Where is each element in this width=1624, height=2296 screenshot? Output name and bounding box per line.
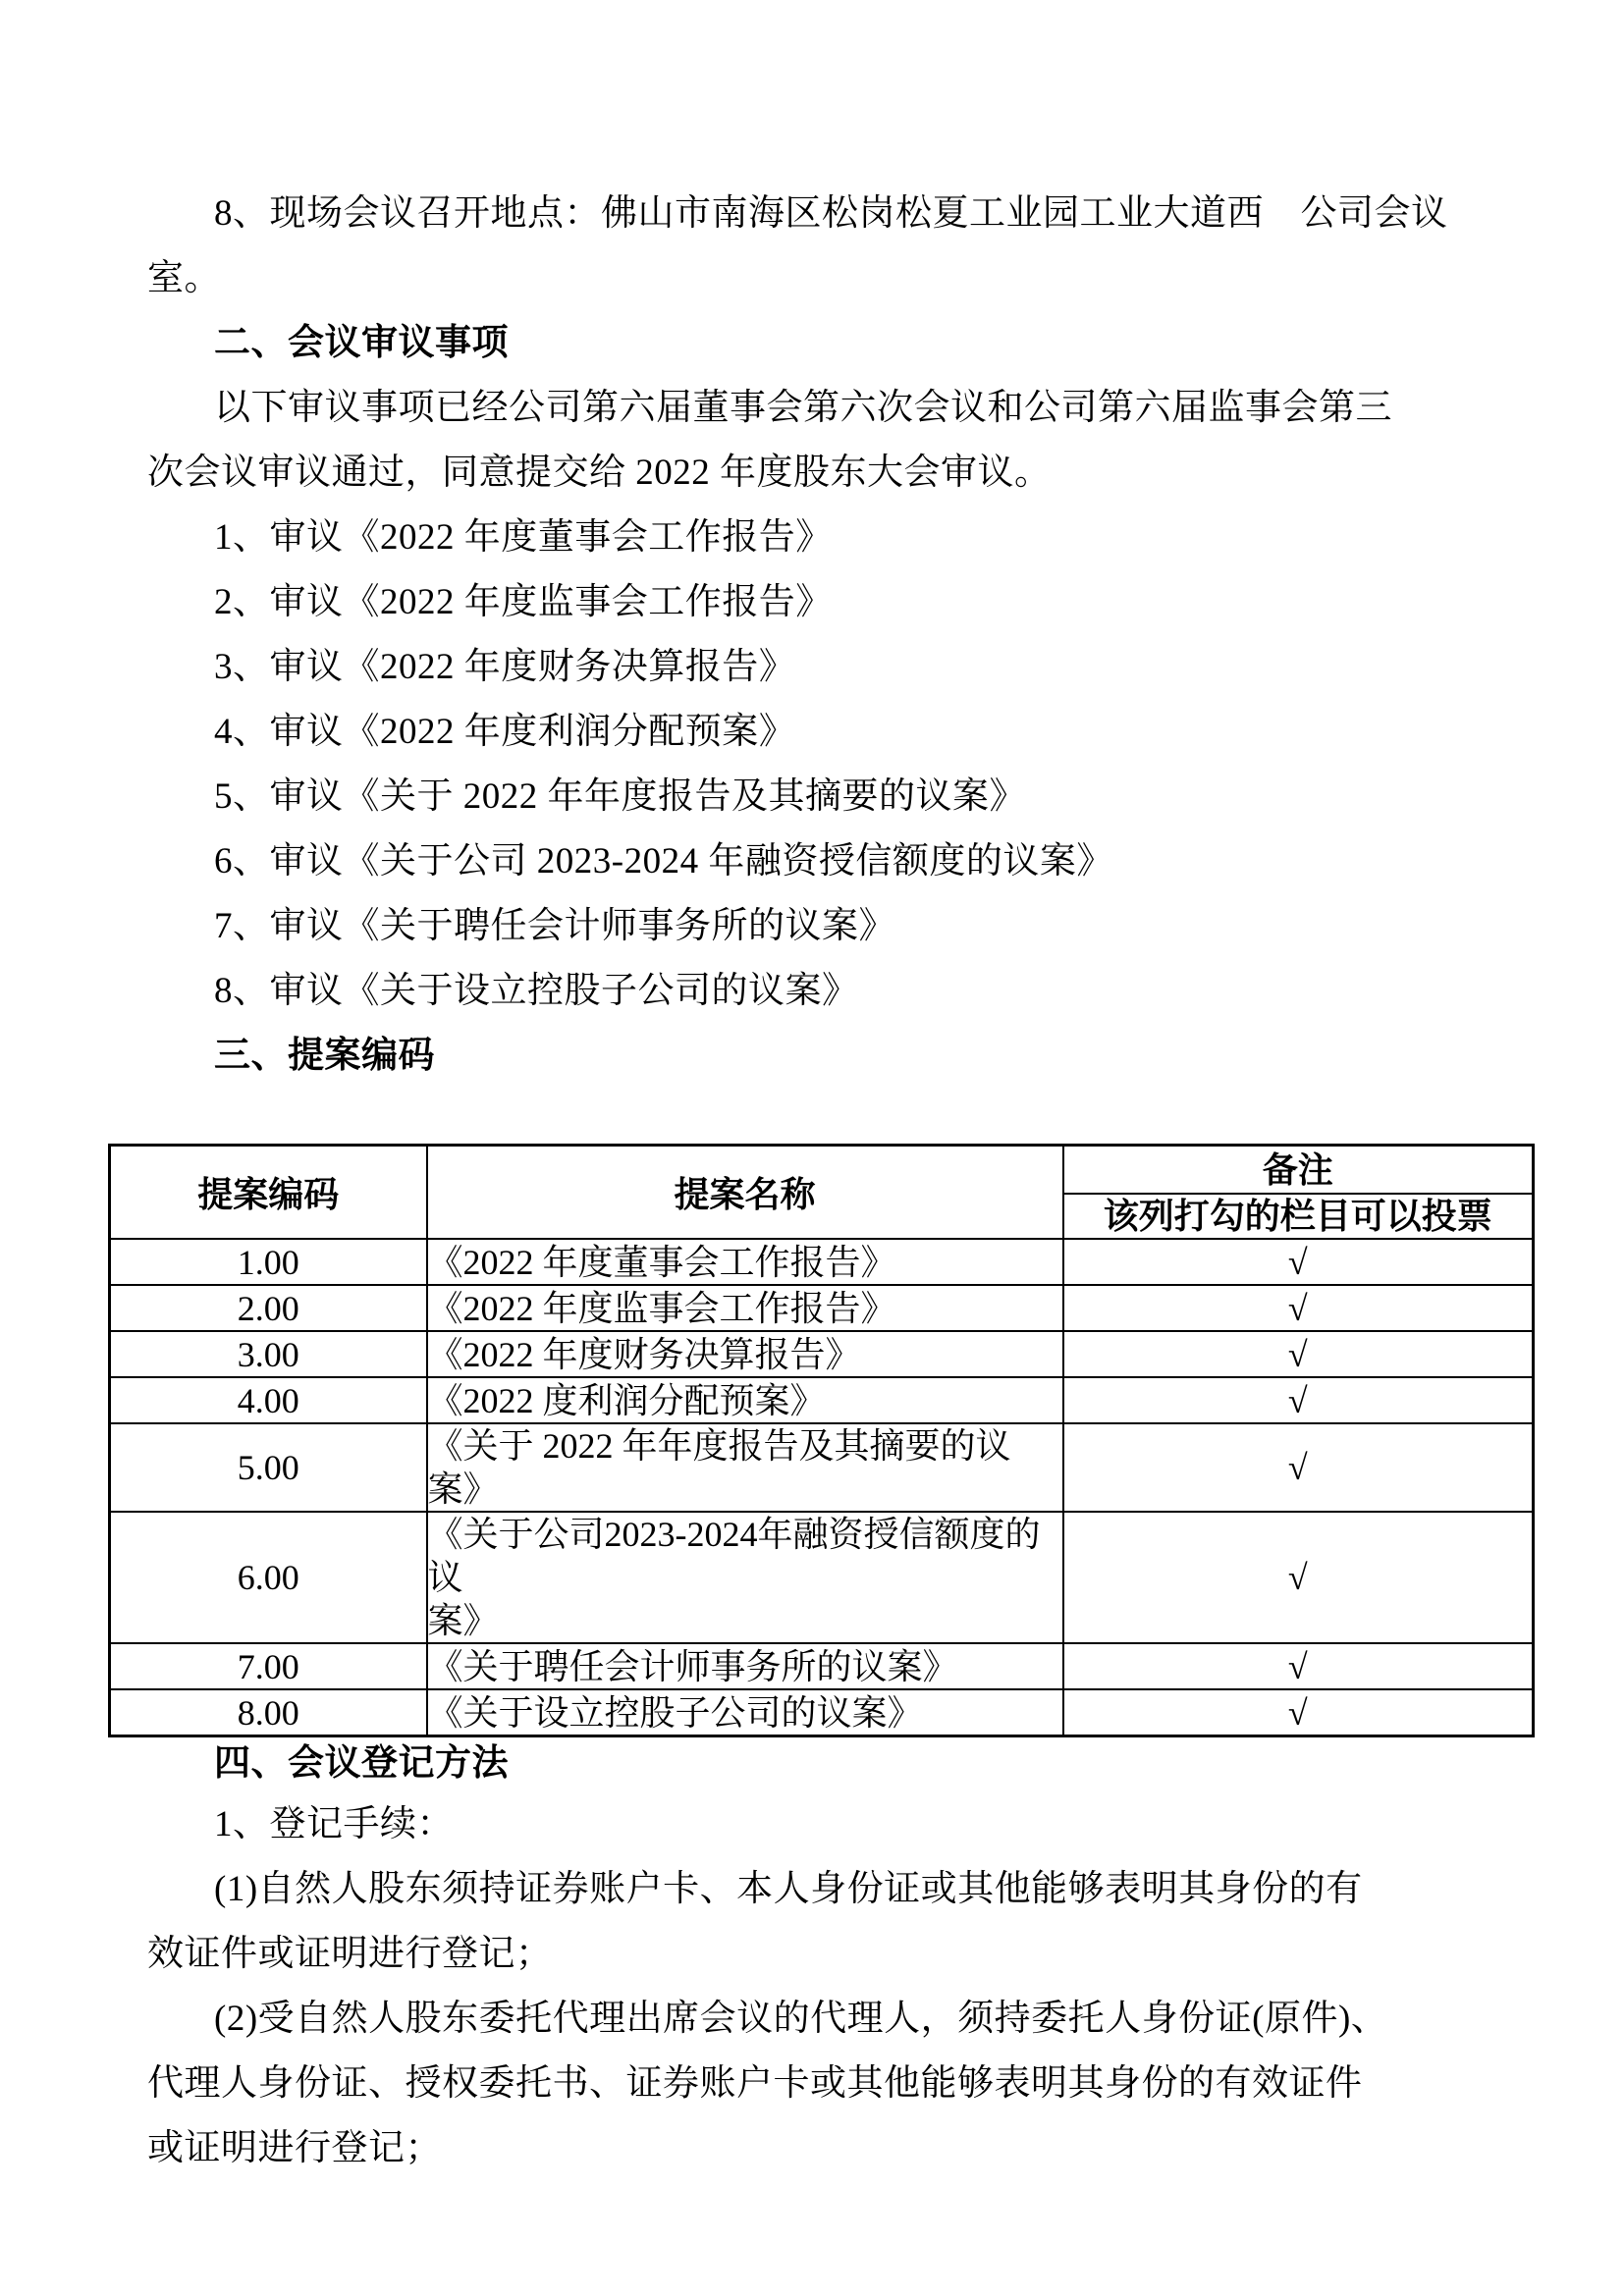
table-row: 3.00《2022 年度财务决算报告》√ [110, 1331, 1534, 1377]
section-heading-registration: 四、会议登记方法 [147, 1735, 1478, 1792]
proposal-name-cell: 《关于公司2023-2024年融资授信额度的议 案》 [427, 1512, 1063, 1643]
column-header-remark-sub: 该列打勾的栏目可以投票 [1063, 1194, 1534, 1239]
proposal-code-cell: 5.00 [110, 1423, 427, 1512]
document-content: 8、现场会议召开地点：佛山市南海区松岗松夏工业园工业大道西 公司会议 室。 二、… [0, 0, 1624, 2181]
review-item: 7、审议《关于聘任会计师事务所的议案》 [147, 894, 1478, 959]
table-row: 5.00《关于 2022 年年度报告及其摘要的议案》√ [110, 1423, 1534, 1512]
column-header-proposal-code: 提案编码 [110, 1146, 427, 1240]
vote-check-cell: √ [1063, 1331, 1534, 1377]
vote-check-cell: √ [1063, 1689, 1534, 1736]
table-row: 7.00《关于聘任会计师事务所的议案》√ [110, 1643, 1534, 1689]
vote-check-cell: √ [1063, 1377, 1534, 1423]
review-item: 8、审议《关于设立控股子公司的议案》 [147, 959, 1478, 1024]
vote-check-cell: √ [1063, 1512, 1534, 1643]
paragraph-registration-title: 1、登记手续： [147, 1792, 1478, 1857]
proposal-name-cell: 《2022 年度监事会工作报告》 [427, 1285, 1063, 1331]
proposal-code-cell: 8.00 [110, 1689, 427, 1736]
proposal-code-cell: 2.00 [110, 1285, 427, 1331]
table-row: 2.00《2022 年度监事会工作报告》√ [110, 1285, 1534, 1331]
table-row: 1.00《2022 年度董事会工作报告》√ [110, 1239, 1534, 1285]
proposal-name-cell: 《2022 年度董事会工作报告》 [427, 1239, 1063, 1285]
proposal-code-cell: 3.00 [110, 1331, 427, 1377]
section-heading-proposal-codes: 三、提案编码 [147, 1024, 1478, 1089]
proposal-name-cell: 《关于设立控股子公司的议案》 [427, 1689, 1063, 1736]
proposal-code-cell: 1.00 [110, 1239, 427, 1285]
table-row: 6.00《关于公司2023-2024年融资授信额度的议 案》√ [110, 1512, 1534, 1643]
paragraph-meeting-location: 8、现场会议召开地点：佛山市南海区松岗松夏工业园工业大道西 公司会议 室。 [147, 182, 1478, 311]
proposal-table-header: 提案编码 提案名称 备注 该列打勾的栏目可以投票 [110, 1146, 1534, 1240]
proposal-name-cell: 《2022 年度财务决算报告》 [427, 1331, 1063, 1377]
proposal-code-table: 提案编码 提案名称 备注 该列打勾的栏目可以投票 1.00《2022 年度董事会… [108, 1144, 1535, 1737]
review-item: 5、审议《关于 2022 年年度报告及其摘要的议案》 [147, 765, 1478, 829]
proposal-code-cell: 4.00 [110, 1377, 427, 1423]
document-page: 8、现场会议召开地点：佛山市南海区松岗松夏工业园工业大道西 公司会议 室。 二、… [0, 0, 1624, 2296]
vote-check-cell: √ [1063, 1643, 1534, 1689]
section-heading-review-items: 二、会议审议事项 [147, 311, 1478, 376]
vote-check-cell: √ [1063, 1239, 1534, 1285]
proposal-table-body: 1.00《2022 年度董事会工作报告》√2.00《2022 年度监事会工作报告… [110, 1239, 1534, 1736]
review-item: 3、审议《2022 年度财务决算报告》 [147, 635, 1478, 700]
proposal-code-cell: 6.00 [110, 1512, 427, 1643]
paragraph-registration-2: (2)受自然人股东委托代理出席会议的代理人，须持委托人身份证(原件)、 代理人身… [147, 1987, 1478, 2181]
proposal-code-cell: 7.00 [110, 1643, 427, 1689]
review-item: 6、审议《关于公司 2023-2024 年融资授信额度的议案》 [147, 829, 1478, 894]
paragraph-review-intro: 以下审议事项已经公司第六届董事会第六次会议和公司第六届监事会第三 次会议审议通过… [147, 376, 1478, 506]
proposal-name-cell: 《关于 2022 年年度报告及其摘要的议案》 [427, 1423, 1063, 1512]
proposal-name-cell: 《2022 度利润分配预案》 [427, 1377, 1063, 1423]
proposal-name-cell: 《关于聘任会计师事务所的议案》 [427, 1643, 1063, 1689]
table-row: 8.00《关于设立控股子公司的议案》√ [110, 1689, 1534, 1736]
vote-check-cell: √ [1063, 1423, 1534, 1512]
review-items-list: 1、审议《2022 年度董事会工作报告》2、审议《2022 年度监事会工作报告》… [147, 506, 1478, 1024]
review-item: 4、审议《2022 年度利润分配预案》 [147, 700, 1478, 765]
table-row: 4.00《2022 度利润分配预案》√ [110, 1377, 1534, 1423]
paragraph-registration-1: (1)自然人股东须持证券账户卡、本人身份证或其他能够表明其身份的有 效证件或证明… [147, 1857, 1478, 1987]
column-header-remark: 备注 [1063, 1146, 1534, 1195]
vote-check-cell: √ [1063, 1285, 1534, 1331]
review-item: 2、审议《2022 年度监事会工作报告》 [147, 570, 1478, 635]
review-item: 1、审议《2022 年度董事会工作报告》 [147, 506, 1478, 570]
column-header-proposal-name: 提案名称 [427, 1146, 1063, 1240]
